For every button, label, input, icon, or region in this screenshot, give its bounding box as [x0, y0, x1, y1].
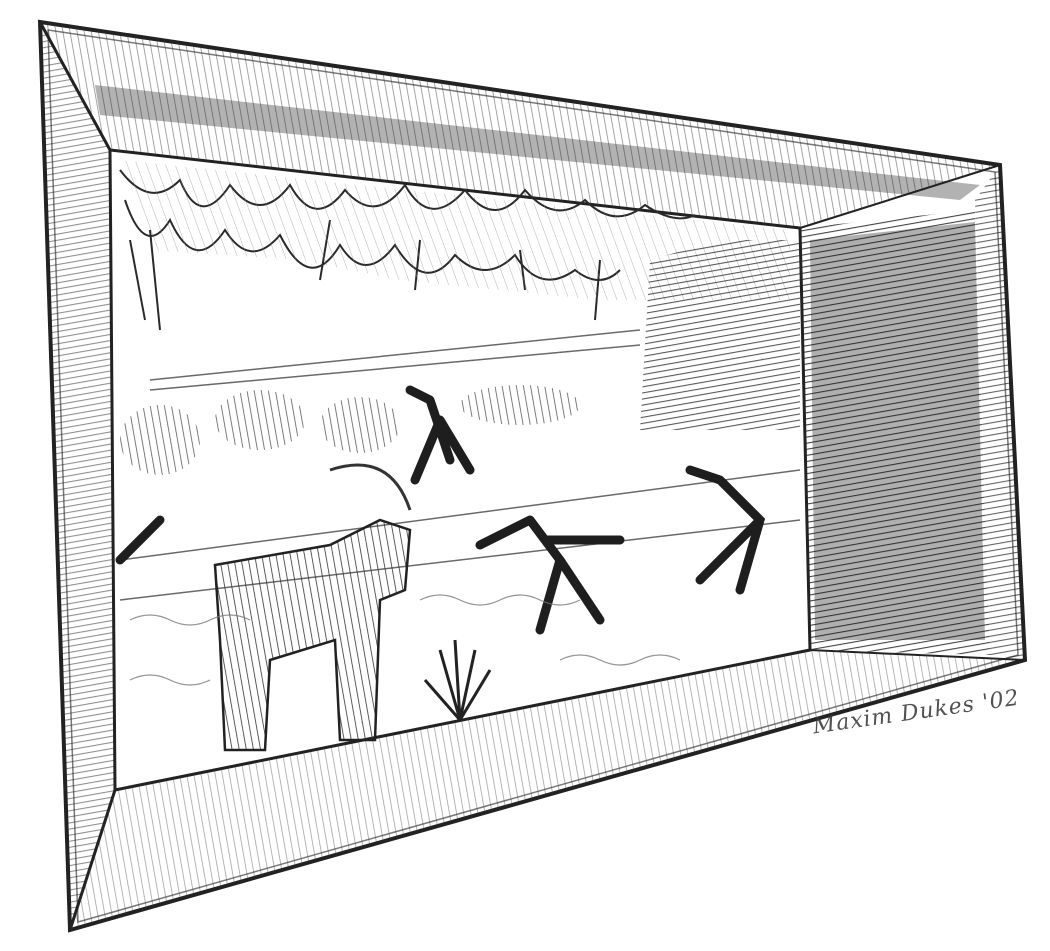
tree-trunk	[640, 240, 800, 430]
frame-bottom-shading	[70, 650, 1025, 930]
horse	[215, 465, 410, 750]
pencil-drawing	[0, 0, 1050, 951]
bushes	[120, 385, 580, 475]
plant	[425, 640, 490, 720]
frame-left-shading	[40, 22, 115, 930]
